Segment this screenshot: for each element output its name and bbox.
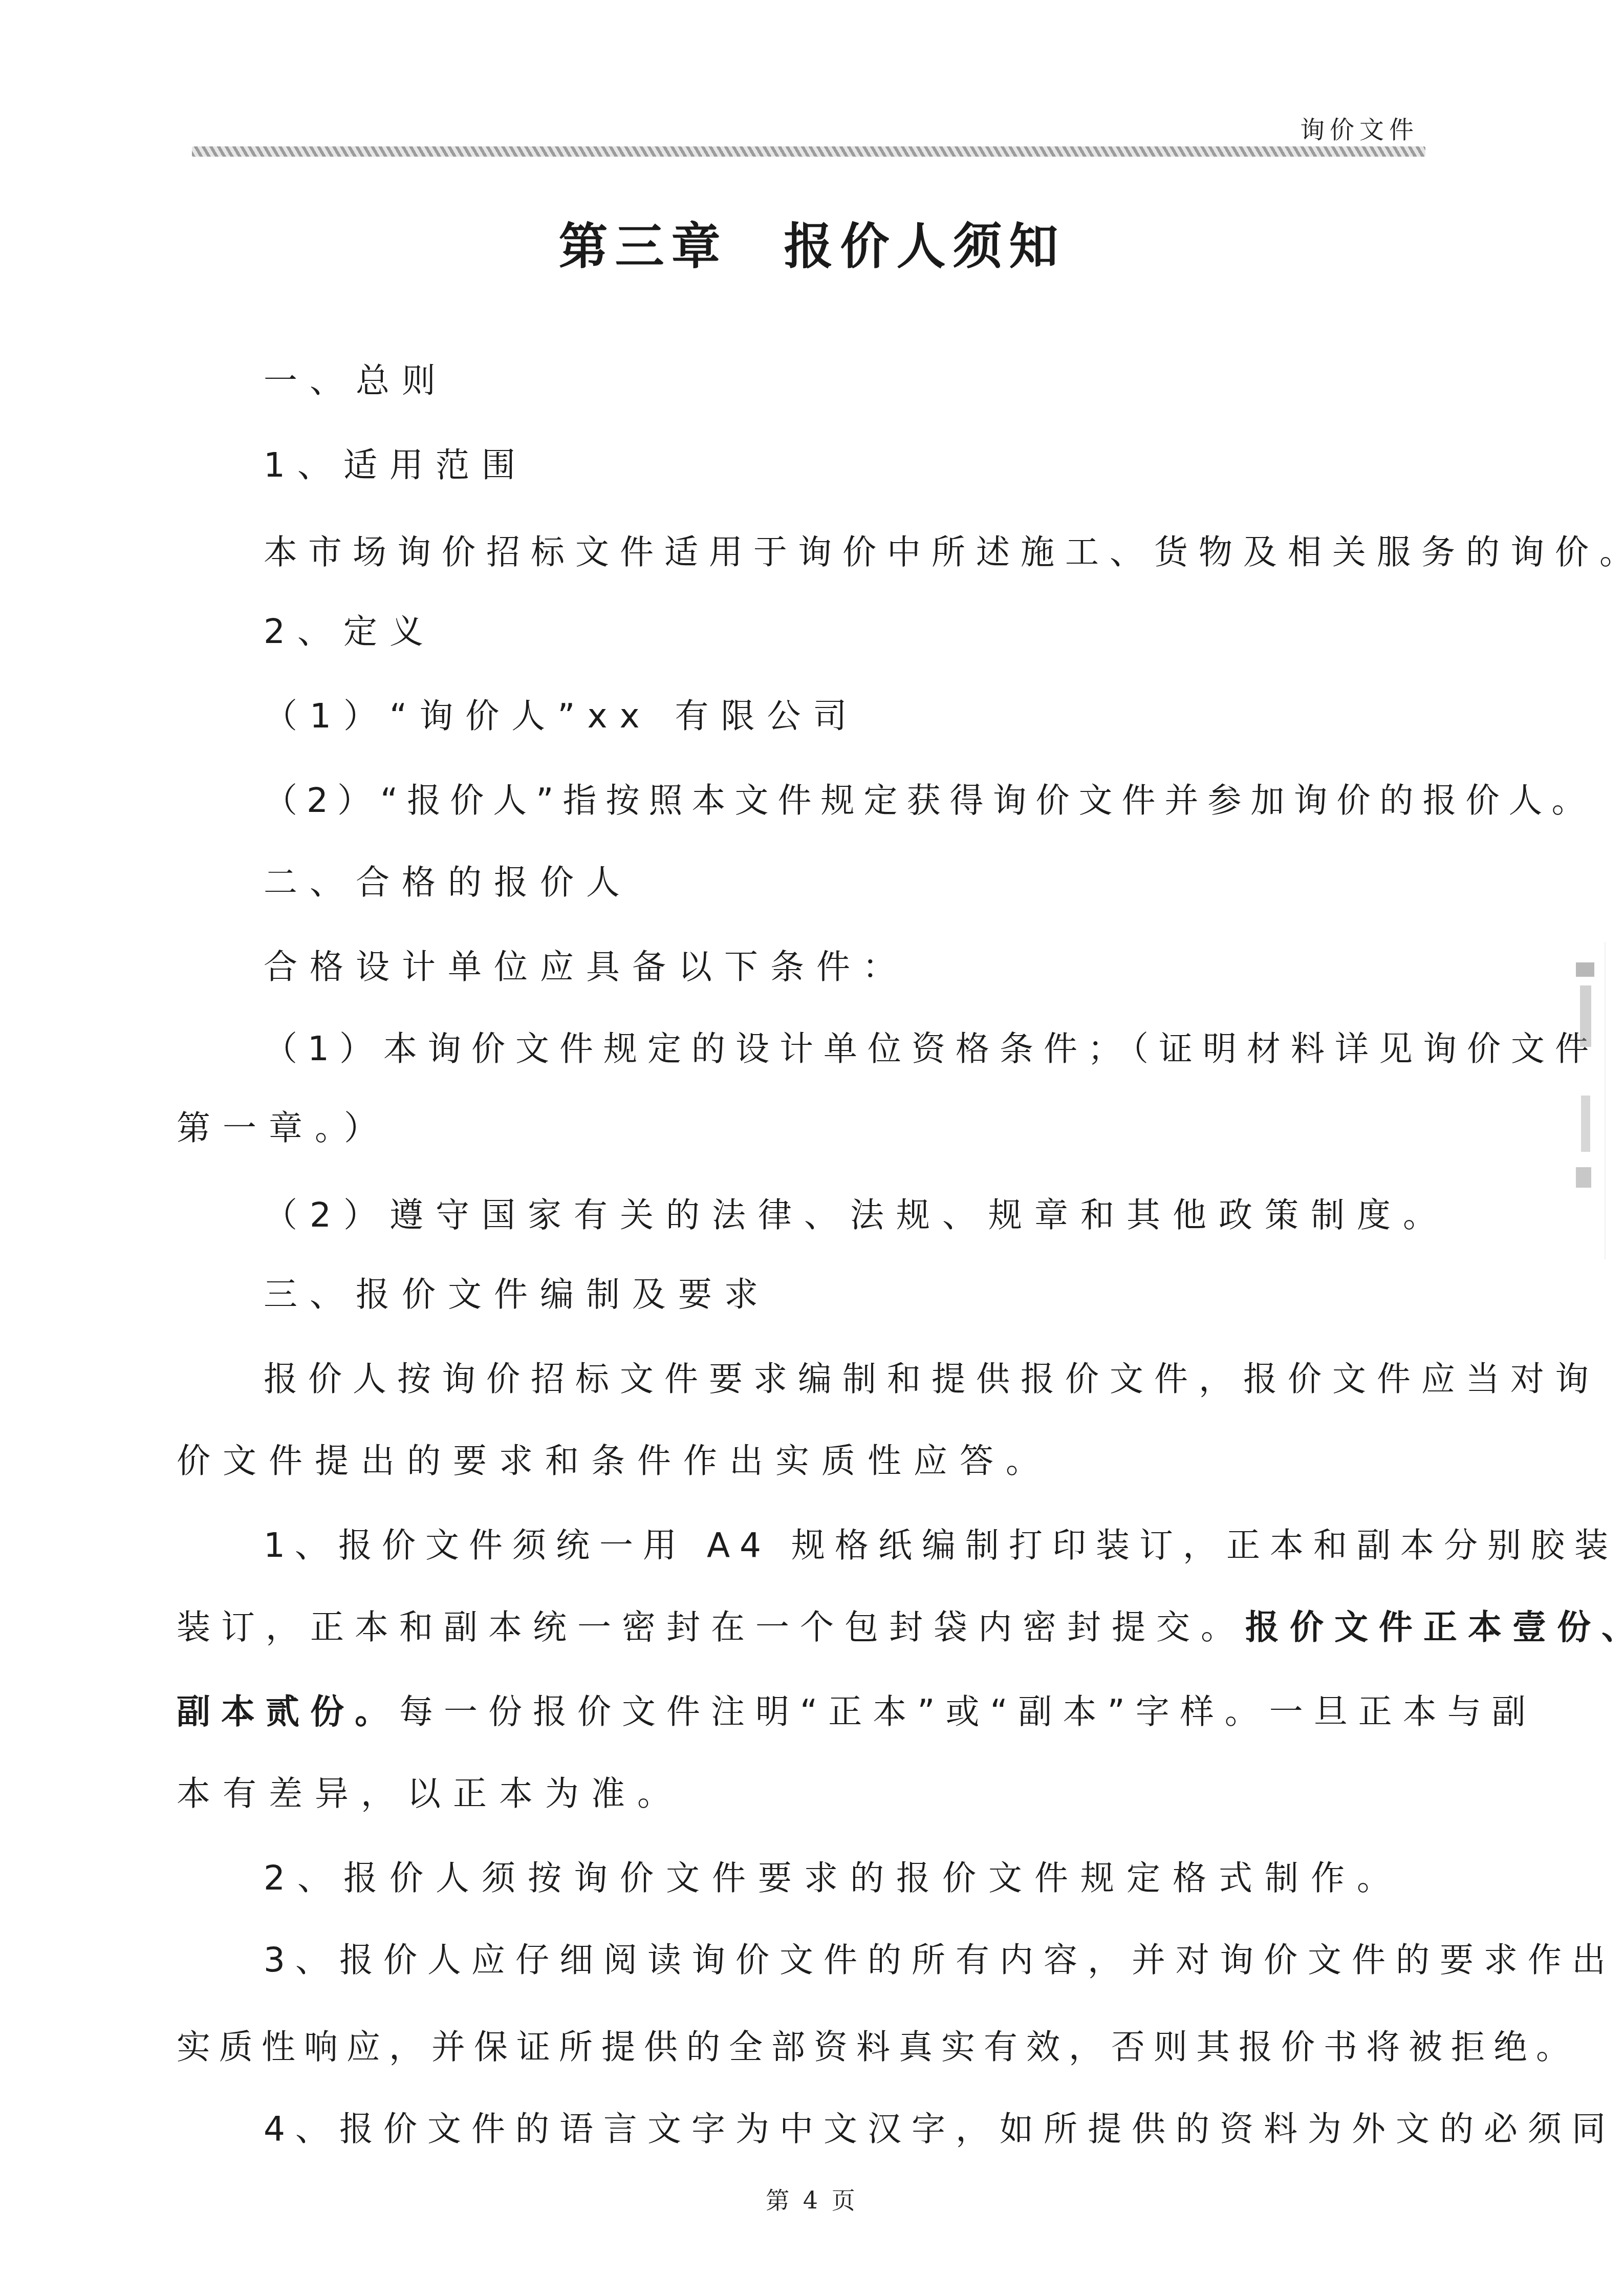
section-heading-general: 一、总则 xyxy=(264,353,448,402)
header-divider xyxy=(192,146,1425,157)
edge-mark xyxy=(1576,1167,1591,1188)
definition-item-1: （1）“询价人”xx 有限公司 xyxy=(264,689,859,737)
edge-mark xyxy=(1580,985,1591,1047)
requirement-bold-original-count: 报价文件正本壹份、 xyxy=(1245,1607,1624,1647)
chapter-number: 第三章 xyxy=(559,218,728,275)
paragraph-scope: 本市场询价招标文件适用于询价中所述施工、货物及相关服务的询价。 xyxy=(264,525,1624,573)
requirement-item-3: 3、报价人应仔细阅读询价文件的所有内容，并对询价文件的要求作出 xyxy=(264,1933,1616,1981)
requirement-item-1: 1、报价文件须统一用 A4 规格纸编制打印装订，正本和副本分别胶装 xyxy=(264,1518,1618,1567)
condition-item-1-continued: 第一章。） xyxy=(177,1101,390,1149)
condition-item-2: （2）遵守国家有关的法律、法规、规章和其他政策制度。 xyxy=(264,1188,1449,1236)
requirement-item-4: 4、报价文件的语言文字为中文汉字，如所提供的资料为外文的必须同 xyxy=(264,2101,1616,2150)
requirement-item-2: 2、报价人须按询价文件要求的报价文件规定格式制作。 xyxy=(264,1851,1403,1899)
requirement-item-1-line-2: 装订，正本和副本统一密封在一个包封袋内密封提交。报价文件正本壹份、 xyxy=(177,1600,1624,1648)
chapter-title: 第三章报价人须知 xyxy=(0,207,1624,277)
scan-edge-marks xyxy=(1574,942,1606,1259)
condition-item-1: （1）本询价文件规定的设计单位资格条件；（证明材料详见询价文件 xyxy=(264,1021,1599,1070)
page-number: 第 4 页 xyxy=(0,2182,1624,2216)
section-heading-preparation: 三、报价文件编制及要求 xyxy=(264,1267,770,1316)
paragraph-preparation: 报价人按询价招标文件要求编制和提供报价文件，报价文件应当对询 xyxy=(264,1351,1599,1400)
document-header-label: 询价文件 xyxy=(1300,110,1419,145)
requirement-item-1-line-4: 本有差异，以正本为准。 xyxy=(177,1766,683,1815)
edge-mark xyxy=(1581,1096,1590,1152)
requirement-item-3-continued: 实质性响应，并保证所提供的全部资料真实有效，否则其报价书将被拒绝。 xyxy=(177,2020,1578,2068)
paragraph-conditions-intro: 合格设计单位应具备以下条件： xyxy=(264,939,908,988)
chapter-name: 报价人须知 xyxy=(784,218,1066,275)
definition-item-2: （2）“报价人”指按照本文件规定获得询价文件并参加询价的报价人。 xyxy=(264,773,1594,822)
subheading-scope: 1、适用范围 xyxy=(264,438,528,486)
paragraph-preparation-continued: 价文件提出的要求和条件作出实质性应答。 xyxy=(177,1433,1052,1482)
edge-mark xyxy=(1576,962,1594,977)
requirement-bold-copy-count: 副本贰份。 xyxy=(177,1692,399,1731)
requirement-item-1-line-2-text: 装订，正本和副本统一密封在一个包封袋内密封提交。 xyxy=(177,1607,1245,1647)
subheading-definition: 2、定义 xyxy=(264,604,436,653)
requirement-item-1-line-3: 副本贰份。每一份报价文件注明“正本”或“副本”字样。一旦正本与副 xyxy=(177,1684,1536,1733)
section-heading-qualified: 二、合格的报价人 xyxy=(264,855,632,904)
requirement-item-1-line-3-text: 每一份报价文件注明“正本”或“副本”字样。一旦正本与副 xyxy=(399,1692,1536,1731)
